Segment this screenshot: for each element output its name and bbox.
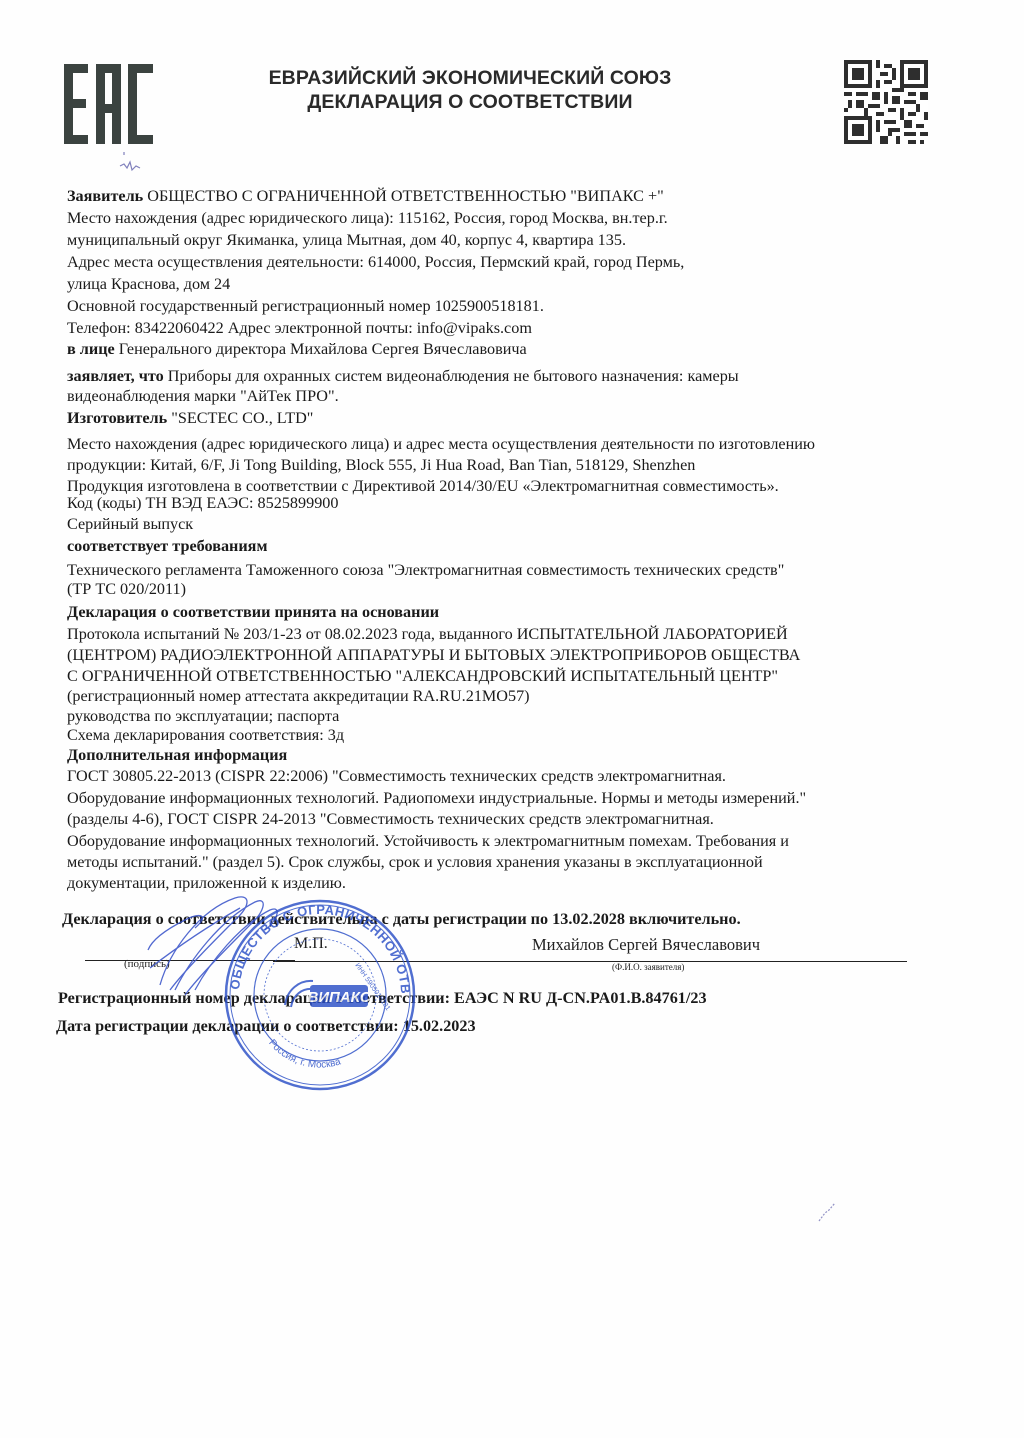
compliance-label: соответствует требованиям xyxy=(67,536,267,556)
signature-caption: (подпись) xyxy=(124,958,170,970)
additional-info-label: Дополнительная информация xyxy=(67,745,287,765)
basis-label: Декларация о соответствии принята на осн… xyxy=(67,602,439,622)
basis-line-2: (ЦЕНТРОМ) РАДИОЭЛЕКТРОННОЙ АППАРАТУРЫ И … xyxy=(67,645,800,665)
basis-line-4: (регистрационный номер аттестата аккреди… xyxy=(67,686,530,706)
applicant-name: ОБЩЕСТВО С ОГРАНИЧЕННОЙ ОТВЕТСТВЕННОСТЬЮ… xyxy=(143,187,663,205)
signer-name: Михайлов Сергей Вячеславович xyxy=(532,935,760,955)
product-description-2: видеонаблюдения марки "АйТек ПРО". xyxy=(67,386,339,406)
regulation-line-2: (ТР ТС 020/2011) xyxy=(67,579,186,599)
pen-mark-icon xyxy=(815,1197,845,1227)
eac-letter-a xyxy=(96,64,121,144)
applicant-label: Заявитель xyxy=(67,187,143,205)
additional-info-3: (разделы 4-6), ГОСТ CISPR 24-2013 "Совме… xyxy=(67,809,714,829)
svg-text:Россия, г. Москва: Россия, г. Москва xyxy=(266,1038,342,1071)
signature-line xyxy=(85,960,295,961)
declaration-page: ЕВРАЗИЙСКИЙ ЭКОНОМИЧЕСКИЙ СОЮЗ ДЕКЛАРАЦИ… xyxy=(0,0,1024,1438)
manufacturer-label: Изготовитель xyxy=(67,409,167,427)
manufacturer-name: "SECTEC CO., LTD" xyxy=(167,409,313,427)
additional-info-6: документации, приложенной к изделию. xyxy=(67,873,346,893)
eac-letter-c xyxy=(128,64,153,144)
declares-line: заявляет, что Приборы для охранных систе… xyxy=(67,366,739,386)
product-description-1: Приборы для охранных систем видеонаблюде… xyxy=(164,367,739,385)
additional-info-1: ГОСТ 30805.22-2013 (CISPR 22:2006) "Совм… xyxy=(67,766,726,786)
represented-by: Генерального директора Михайлова Сергея … xyxy=(115,340,527,358)
hs-code: Код (коды) ТН ВЭД ЕАЭС: 8525899900 xyxy=(67,493,339,513)
validity-statement: Декларация о соответствии действительна … xyxy=(62,909,741,929)
applicant-legal-address-2: муниципальный округ Якиманка, улица Мытн… xyxy=(67,230,626,250)
declaration-scheme: Схема декларирования соответствия: 3д xyxy=(67,725,344,745)
document-header: ЕВРАЗИЙСКИЙ ЭКОНОМИЧЕСКИЙ СОЮЗ ДЕКЛАРАЦИ… xyxy=(230,66,710,114)
name-caption: (Ф.И.О. заявителя) xyxy=(612,962,684,972)
applicant-activity-address-1: Адрес места осуществления деятельности: … xyxy=(67,252,684,272)
manufacturer-line: Изготовитель "SECTEC CO., LTD" xyxy=(67,408,313,428)
represented-by-line: в лице Генерального директора Михайлова … xyxy=(67,339,527,359)
union-title: ЕВРАЗИЙСКИЙ ЭКОНОМИЧЕСКИЙ СОЮЗ xyxy=(230,66,710,90)
represented-label: в лице xyxy=(67,340,115,358)
eac-logo xyxy=(64,64,154,144)
applicant-contacts: Телефон: 83422060422 Адрес электронной п… xyxy=(67,318,532,338)
registration-date: Дата регистрации декларации о соответств… xyxy=(56,1016,476,1036)
basis-line-1: Протокола испытаний № 203/1-23 от 08.02.… xyxy=(67,624,788,644)
scribble-mark-icon xyxy=(112,150,148,174)
name-line xyxy=(273,961,907,962)
applicant-ogrn: Основной государственный регистрационный… xyxy=(67,296,544,316)
production-type: Серийный выпуск xyxy=(67,514,193,534)
registration-number: Регистрационный номер декларации о соотв… xyxy=(58,988,707,1008)
applicant-activity-address-2: улица Краснова, дом 24 xyxy=(67,274,230,294)
eac-letter-e xyxy=(64,64,89,144)
regulation-line-1: Технического регламента Таможенного союз… xyxy=(67,560,784,580)
handwritten-signature-icon xyxy=(140,890,290,1000)
manufacturer-address-1: Место нахождения (адрес юридического лиц… xyxy=(67,434,815,454)
applicant-line: Заявитель ОБЩЕСТВО С ОГРАНИЧЕННОЙ ОТВЕТС… xyxy=(67,186,664,206)
manufacturer-address-2: продукции: Китай, 6/F, Ji Tong Building,… xyxy=(67,455,695,475)
additional-info-5: методы испытаний." (раздел 5). Срок служ… xyxy=(67,852,763,872)
additional-info-2: Оборудование информационных технологий. … xyxy=(67,788,806,808)
applicant-legal-address-1: Место нахождения (адрес юридического лиц… xyxy=(67,208,668,228)
basis-line-3: С ОГРАНИЧЕННОЙ ОТВЕТСТВЕННОСТЬЮ "АЛЕКСАН… xyxy=(67,666,778,686)
additional-info-4: Оборудование информационных технологий. … xyxy=(67,831,789,851)
declaration-title: ДЕКЛАРАЦИЯ О СООТВЕТСТВИИ xyxy=(230,90,710,114)
basis-line-5: руководства по эксплуатации; паспорта xyxy=(67,706,339,726)
seal-label: М.П. xyxy=(294,935,328,953)
declares-label: заявляет, что xyxy=(67,367,164,385)
qr-code-icon xyxy=(844,60,928,144)
